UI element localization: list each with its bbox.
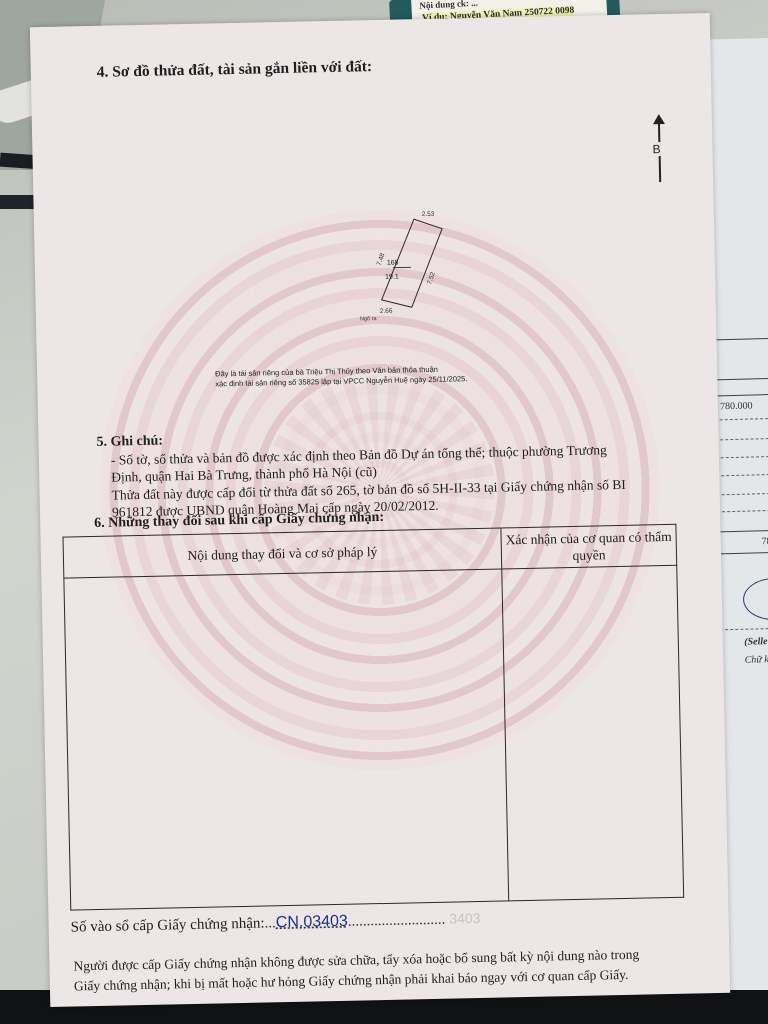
alley-label: Ngõ ra bbox=[360, 316, 377, 322]
dimension-top: 2.53 bbox=[422, 211, 435, 218]
dimension-bottom: 2.66 bbox=[380, 308, 393, 315]
label-line: Nội dung ck: ... bbox=[419, 0, 478, 11]
column-header-authority-confirmation: Xác nhận của cơ quan có thẩm quyền bbox=[501, 524, 677, 569]
legal-warning: Người được cấp Giấy chứng nhận không đượ… bbox=[73, 943, 714, 996]
leading-dots: ... bbox=[264, 915, 276, 931]
receipt-stamp-oval bbox=[743, 577, 768, 621]
parcel-diagram: 2.53 7.48 7.52 2.66 168 19.1 Ngõ ra bbox=[334, 208, 456, 330]
parcel-area: 19.1 bbox=[385, 274, 399, 281]
changes-table: Nội dung thay đổi và cơ sở pháp lý Xác n… bbox=[62, 524, 684, 911]
receipt-amount: 780.000 bbox=[720, 400, 753, 412]
trailing-dots: .......................... bbox=[348, 912, 446, 930]
receipt-signature-label: Chữ ký s bbox=[745, 654, 768, 666]
authority-confirmation-cell bbox=[502, 565, 684, 901]
receipt-seller-label: (Selle bbox=[744, 636, 768, 648]
north-arrow-icon: B bbox=[652, 114, 668, 204]
change-content-cell bbox=[64, 569, 509, 910]
registration-label: Số vào sổ cấp Giấy chứng nhận: bbox=[71, 916, 265, 936]
section-5-notes: 5. Ghi chú: - Số tờ, số thửa và bản đồ đ… bbox=[96, 421, 698, 521]
north-label: B bbox=[652, 142, 660, 156]
parcel-outline bbox=[334, 208, 456, 330]
registration-number-line: Số vào sổ cấp Giấy chứng nhận:...CN.0340… bbox=[70, 910, 480, 937]
registration-number: CN.03403 bbox=[276, 913, 348, 932]
parcel-number: 168 bbox=[387, 260, 399, 267]
faint-stamp-number: 3403 bbox=[449, 910, 480, 927]
table-row-empty bbox=[64, 565, 684, 910]
land-certificate-page: 4. Sơ đồ thửa đất, tài sản gắn liền với … bbox=[30, 13, 730, 1007]
receipt-total: 78 bbox=[761, 536, 768, 547]
section-4-title: 4. Sơ đồ thửa đất, tài sản gắn liền với … bbox=[97, 58, 373, 82]
